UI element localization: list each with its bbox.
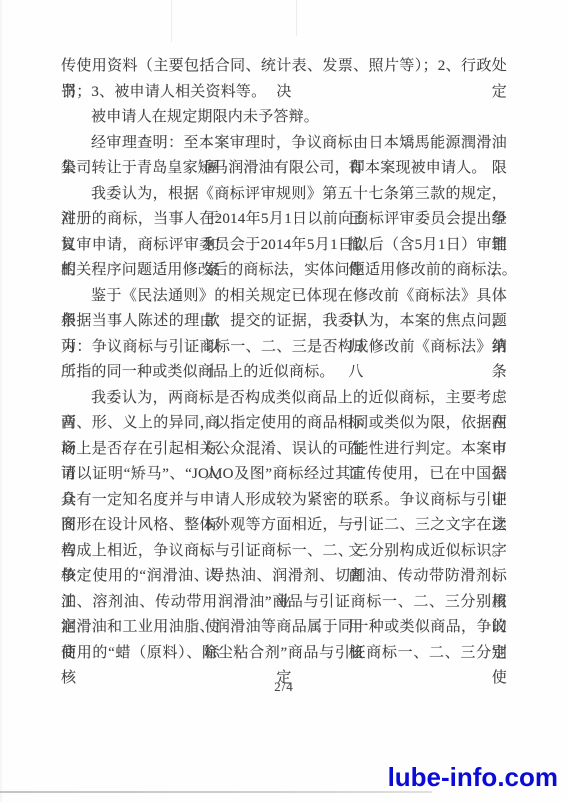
watermark-link[interactable]: lube-info.com bbox=[388, 762, 558, 793]
text-line: 具有一定知名度并与申请人形成较为紧密的联系。争议商标与引证商标一之 bbox=[61, 488, 507, 514]
text-line: 复审申请，商标评审委员会于2014年5月1日以后（含5月1日）审理的案件， bbox=[61, 233, 507, 259]
text-line: 公司转让于青岛皇家矫马润滑油有限公司，即本案现被申请人。 bbox=[61, 156, 507, 182]
text-line: 图形在设计风格、整体外观等方面相近，与引证二、三之文字在读音、文字 bbox=[61, 513, 507, 539]
text-line: 被申请人在规定期限内未予答辩。 bbox=[61, 105, 507, 131]
document-text: 传使用资料（主要包括合同、统计表、发票、照片等）；2、行政处罚决定书；3、被申请… bbox=[61, 54, 507, 666]
text-line: 构成上相近，争议商标与引证商标一、二、三分别构成近似标识。争议商标 bbox=[61, 539, 507, 565]
page-number: 2/4 bbox=[61, 679, 507, 695]
scan-edge-artifact bbox=[0, 0, 3, 802]
text-line: 相关程序问题适用修改后的商标法，实体问题适用修改前的商标法。 bbox=[61, 258, 507, 284]
text-line: 可以证明“矫马”、“JOMO及图”商标经过其宣传使用，已在中国公众中 bbox=[61, 462, 507, 488]
text-line: 我委认为，两商标是否构成类似商品上的近似商标，主要考虑两商标在 bbox=[61, 386, 507, 412]
text-line: 使用的“蜡（原料）、除尘粘合剂”商品与引证商标一、二、三分别核定使 bbox=[61, 641, 507, 667]
text-line: 我委认为，根据《商标评审规则》第五十七条第三款的规定，对于已经 bbox=[61, 182, 507, 208]
bottom-divider bbox=[0, 791, 432, 793]
text-line: 根据当事人陈述的理由、提交的证据，我委认为，本案的焦点问题可以归纳 bbox=[61, 309, 507, 335]
text-line: 鉴于《民法通则》的相关规定已体现在修改前《商标法》具体条款中， bbox=[61, 284, 507, 310]
text-line: 注册的商标，当事人在2014年5月1日以前向商标评审委员会提出争议和撤销 bbox=[61, 207, 507, 233]
scan-line-artifact bbox=[171, 0, 172, 42]
text-line: 为：争议商标与引证商标一、二、三是否构成修改前《商标法》第二十八条 bbox=[61, 335, 507, 361]
text-line: 核定使用的“润滑油、导热油、润滑剂、切割油、传动带防滑剂、工业用 bbox=[61, 564, 507, 590]
text-line: 润滑油和工业用油脂、润滑油等商品属于同一种或类似商品，争议商标核定 bbox=[61, 615, 507, 641]
text-line: 油、溶剂油、传动带用润滑油”商品与引证商标一、二、三分别核定使用的 bbox=[61, 590, 507, 616]
text-line: 场上是否存在引起相关公众混淆、误认的可能性进行判定。本案申请人证据 bbox=[61, 437, 507, 463]
text-line: 经审理查明：至本案审理时，争议商标由日本矯馬能源潤滑油集團有限 bbox=[61, 131, 507, 157]
scanned-document-page: 传使用资料（主要包括合同、统计表、发票、照片等）；2、行政处罚决定书；3、被申请… bbox=[0, 0, 567, 802]
text-line: 传使用资料（主要包括合同、统计表、发票、照片等）；2、行政处罚决定 bbox=[61, 54, 507, 80]
scan-line-artifact bbox=[296, 0, 297, 36]
text-line: 音、形、义上的异同，以指定使用的商品相同或类似为限，依据两商标在市 bbox=[61, 411, 507, 437]
